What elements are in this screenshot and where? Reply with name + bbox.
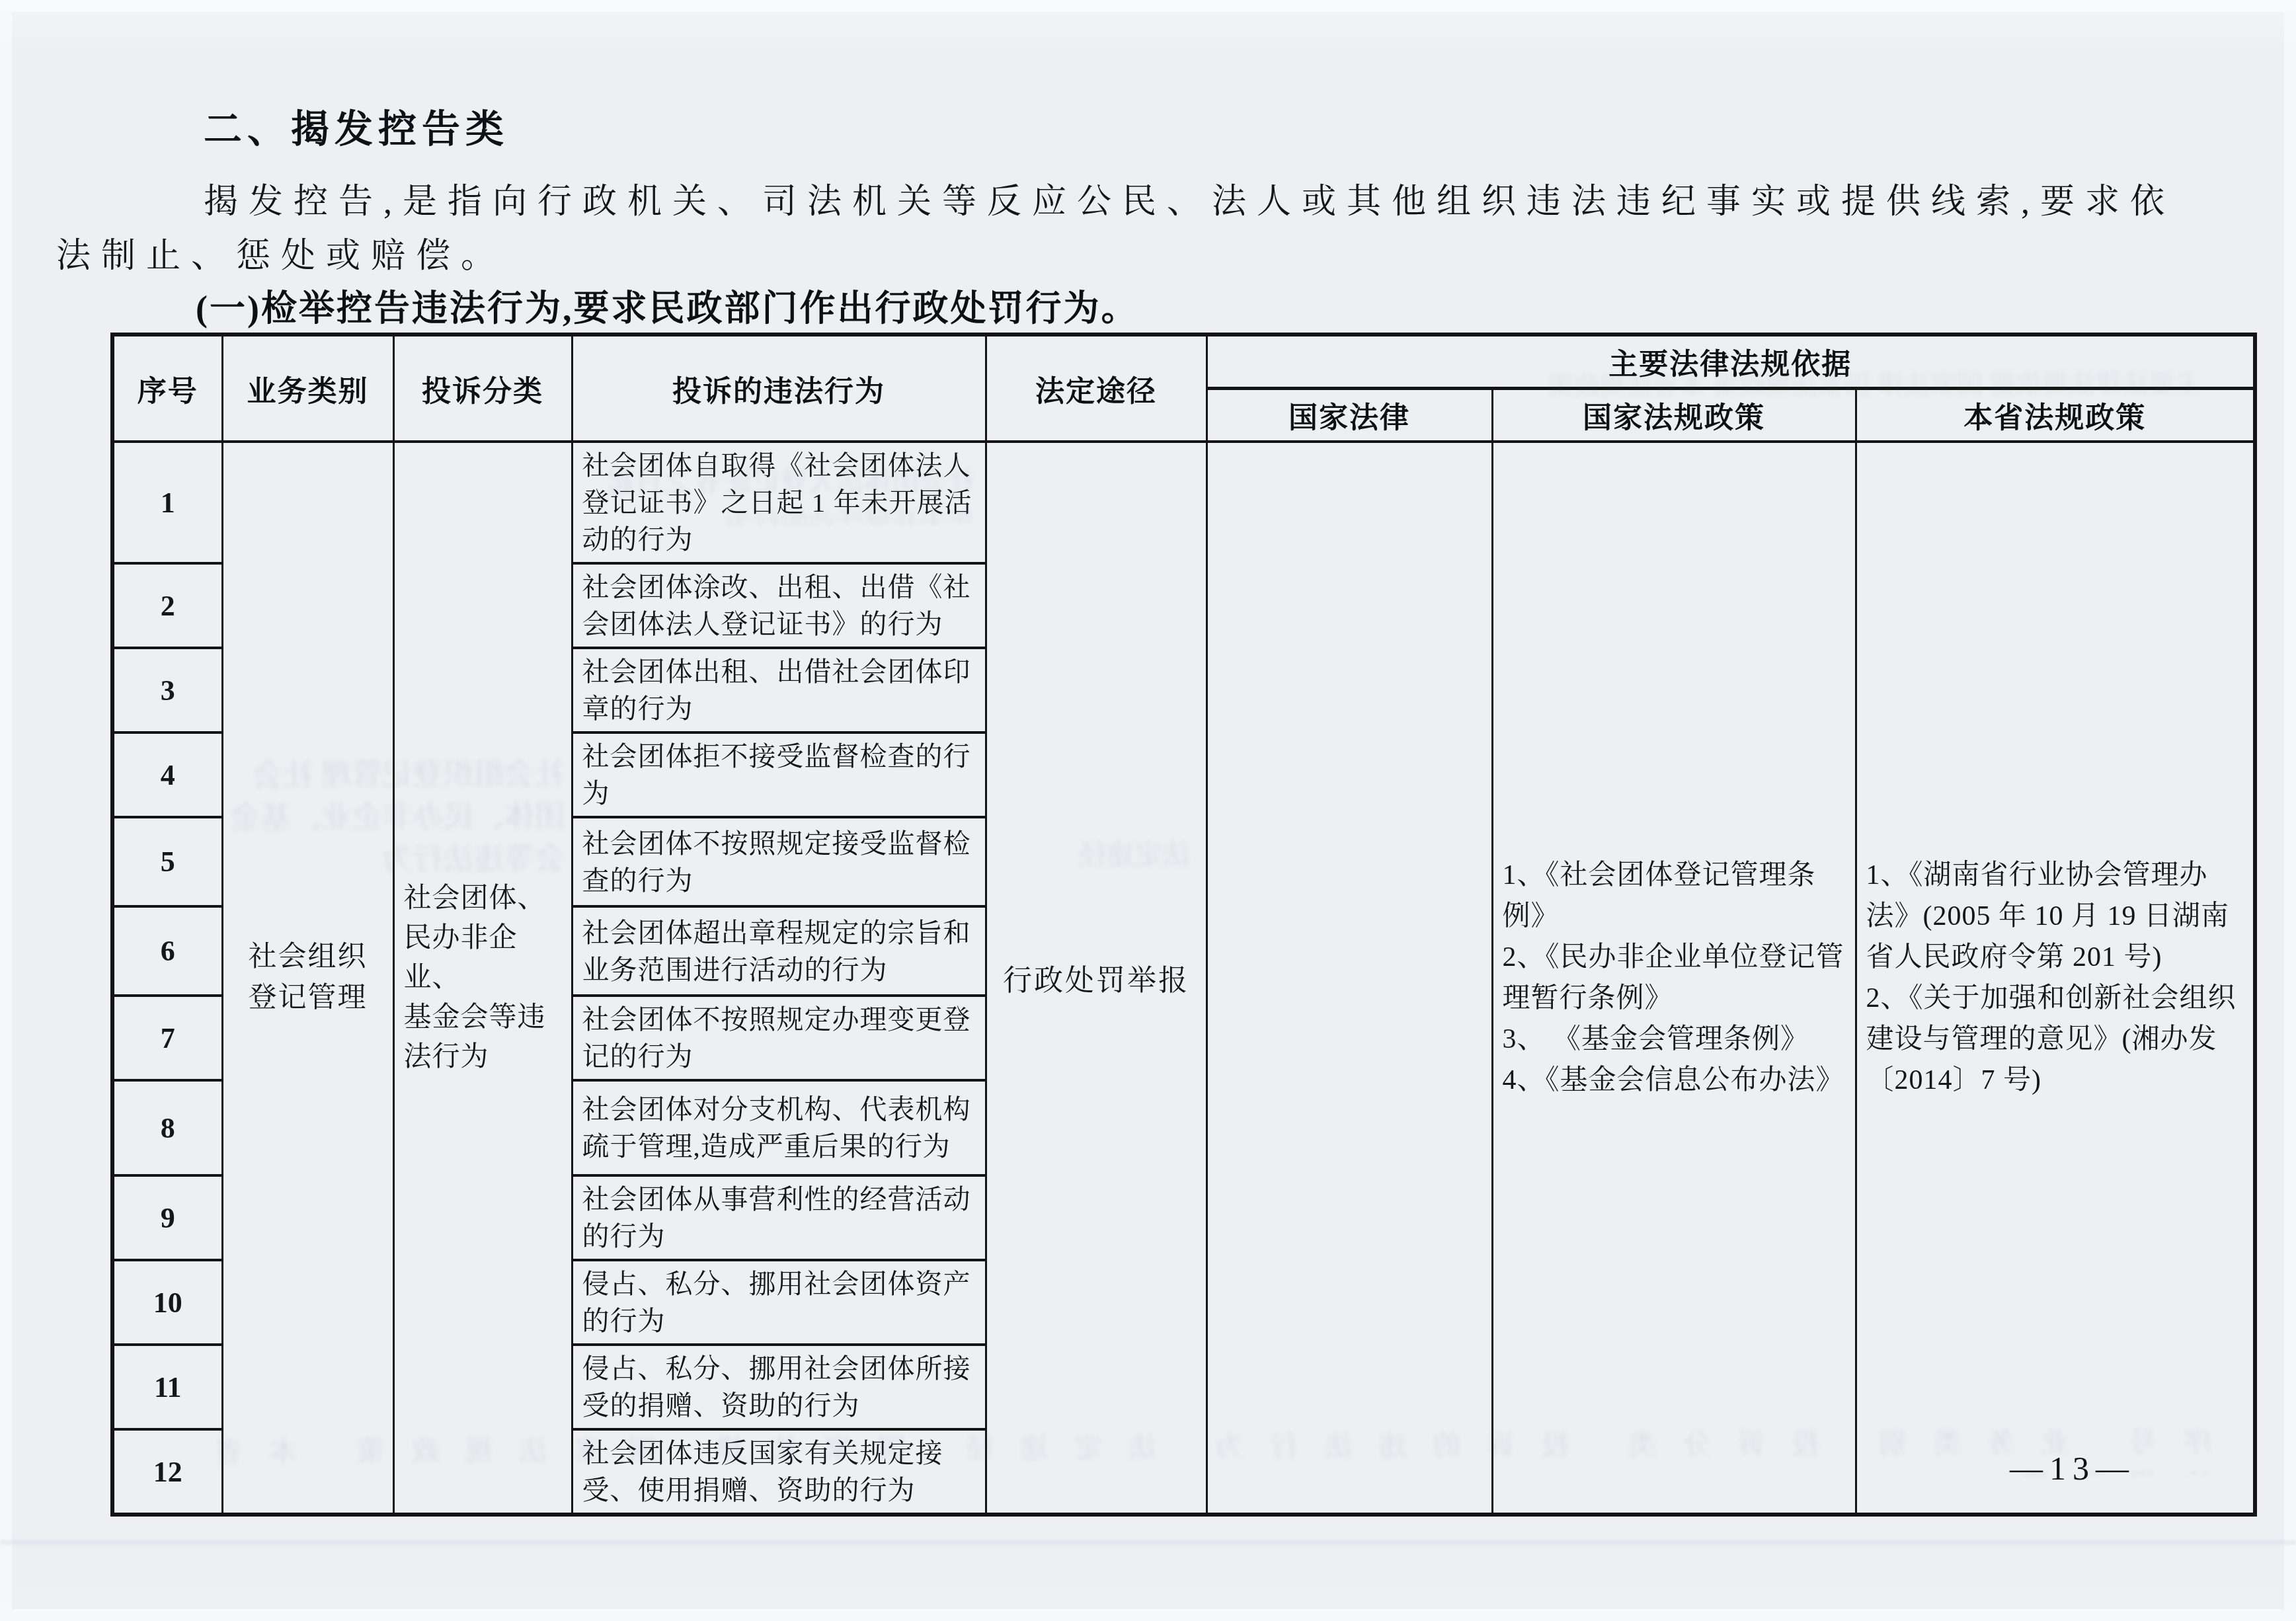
- behavior-cell: 社会团体超出章程规定的宗旨和业务范围进行活动的行为: [572, 906, 986, 996]
- row-number-cell: 8: [112, 1080, 222, 1175]
- behavior-cell: 社会团体不按照规定办理变更登记的行为: [572, 996, 986, 1080]
- table-row: 1 社会组织 登记管理 社会团体、 民办非企业、 基金会等违 法行为 社会团体自…: [112, 442, 2255, 563]
- page-number: —13—: [2010, 1449, 2135, 1487]
- complaint-category-cell: 社会团体、 民办非企业、 基金会等违 法行为: [393, 442, 572, 1515]
- row-number-cell: 7: [112, 996, 222, 1080]
- row-number-cell: 5: [112, 817, 222, 906]
- column-header-legal-channel: 法定途径: [986, 335, 1207, 442]
- row-number-cell: 3: [112, 648, 222, 732]
- intro-paragraph-line-1: 揭发控告,是指向行政机关、司法机关等反应公民、法人或其他组织违法违纪事实或提供线…: [204, 173, 2266, 223]
- page-title: 二、揭发控告类: [204, 98, 509, 153]
- column-header-provincial-regulation: 本省法规政策: [1856, 389, 2255, 442]
- column-header-illegal-behavior: 投诉的违法行为: [572, 335, 986, 442]
- behavior-cell: 社会团体出租、出借社会团体印章的行为: [572, 648, 986, 732]
- behavior-cell: 社会团体自取得《社会团体法人登记证书》之日起 1 年未开展活动的行为: [572, 442, 986, 563]
- scanned-document-page: 二、揭发控告类 揭发控告,是指向行政机关、司法机关等反应公民、法人或其他组织违法…: [0, 0, 2296, 1621]
- row-number-cell: 2: [112, 563, 222, 648]
- behavior-cell: 社会团体拒不接受监督检查的行为: [572, 732, 986, 817]
- column-header-business-category: 业务类别: [222, 335, 393, 442]
- provincial-regulation-cell: 1、《湖南省行业协会管理办法》(2005 年 10 月 19 日湖南省人民政府令…: [1856, 442, 2255, 1515]
- row-number-cell: 4: [112, 732, 222, 817]
- intro-paragraph-line-2: 法制止、惩处或赔偿。: [56, 227, 2238, 277]
- column-header-national-law: 国家法律: [1207, 389, 1492, 442]
- business-category-cell: 社会组织 登记管理: [222, 442, 393, 1515]
- national-law-cell: [1207, 442, 1492, 1515]
- row-number-cell: 12: [112, 1429, 222, 1515]
- behavior-cell: 社会团体涂改、出租、出借《社会团体法人登记证书》的行为: [572, 563, 986, 648]
- legal-channel-cell: 行政处罚举报: [986, 442, 1207, 1515]
- complaint-table: 序号 业务类别 投诉分类 投诉的违法行为 法定途径 主要法律法规依据 国家法律 …: [110, 333, 2257, 1517]
- behavior-cell: 侵占、私分、挪用社会团体所接受的捐赠、资助的行为: [572, 1345, 986, 1429]
- row-number-cell: 10: [112, 1260, 222, 1345]
- column-header-national-regulation: 国家法规政策: [1492, 389, 1856, 442]
- row-number-cell: 6: [112, 906, 222, 996]
- row-number-cell: 9: [112, 1175, 222, 1260]
- row-number-cell: 11: [112, 1345, 222, 1429]
- behavior-cell: 社会团体从事营利性的经营活动的行为: [572, 1175, 986, 1260]
- scan-smudge-line: [0, 1540, 2296, 1544]
- national-regulation-cell: 1、《社会团体登记管理条例》 2、《民办非企业单位登记管理暂行条例》 3、 《基…: [1492, 442, 1856, 1515]
- behavior-cell: 社会团体对分支机构、代表机构疏于管理,造成严重后果的行为: [572, 1080, 986, 1175]
- column-header-complaint-category: 投诉分类: [393, 335, 572, 442]
- behavior-cell: 社会团体违反国家有关规定接受、使用捐赠、资助的行为: [572, 1429, 986, 1515]
- behavior-cell: 侵占、私分、挪用社会团体资产的行为: [572, 1260, 986, 1345]
- column-header-no: 序号: [112, 335, 222, 442]
- behavior-cell: 社会团体不按照规定接受监督检查的行为: [572, 817, 986, 906]
- section-subtitle: (一)检举控告违法行为,要求民政部门作出行政处罚行为。: [196, 280, 1138, 331]
- column-header-legal-basis-group: 主要法律法规依据: [1207, 335, 2255, 389]
- row-number-cell: 1: [112, 442, 222, 563]
